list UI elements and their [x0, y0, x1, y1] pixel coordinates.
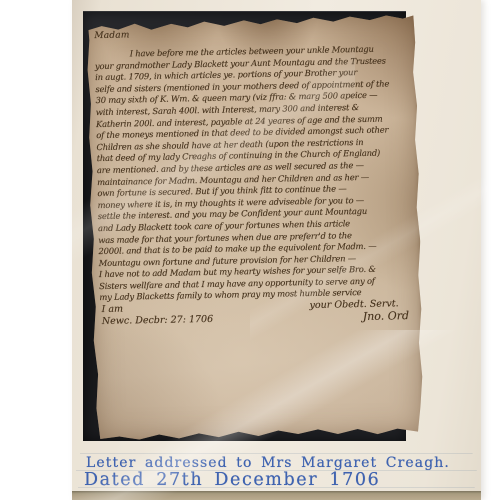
letter-paper: Madam I have before me the articles betw… — [85, 13, 424, 442]
caption-line-2: Dated 27th December 1706 — [84, 470, 380, 490]
caption-line-1: Letter addressed to Mrs Margaret Creagh. — [86, 455, 450, 471]
letter-signature: Jno. Ord — [363, 309, 409, 323]
letter-dateline: Newc. Decbr: 27: 1706 — [102, 313, 214, 326]
letter-text: Madam I have before me the articles betw… — [85, 13, 424, 442]
page-bottom-edge — [72, 491, 481, 500]
photograph-of-letter: Madam I have before me the articles betw… — [0, 0, 500, 500]
letter-salutation: Madam — [94, 25, 409, 41]
letter-body: I have before me the articles between yo… — [95, 43, 415, 304]
letter-closing-left: I am — [101, 304, 123, 315]
